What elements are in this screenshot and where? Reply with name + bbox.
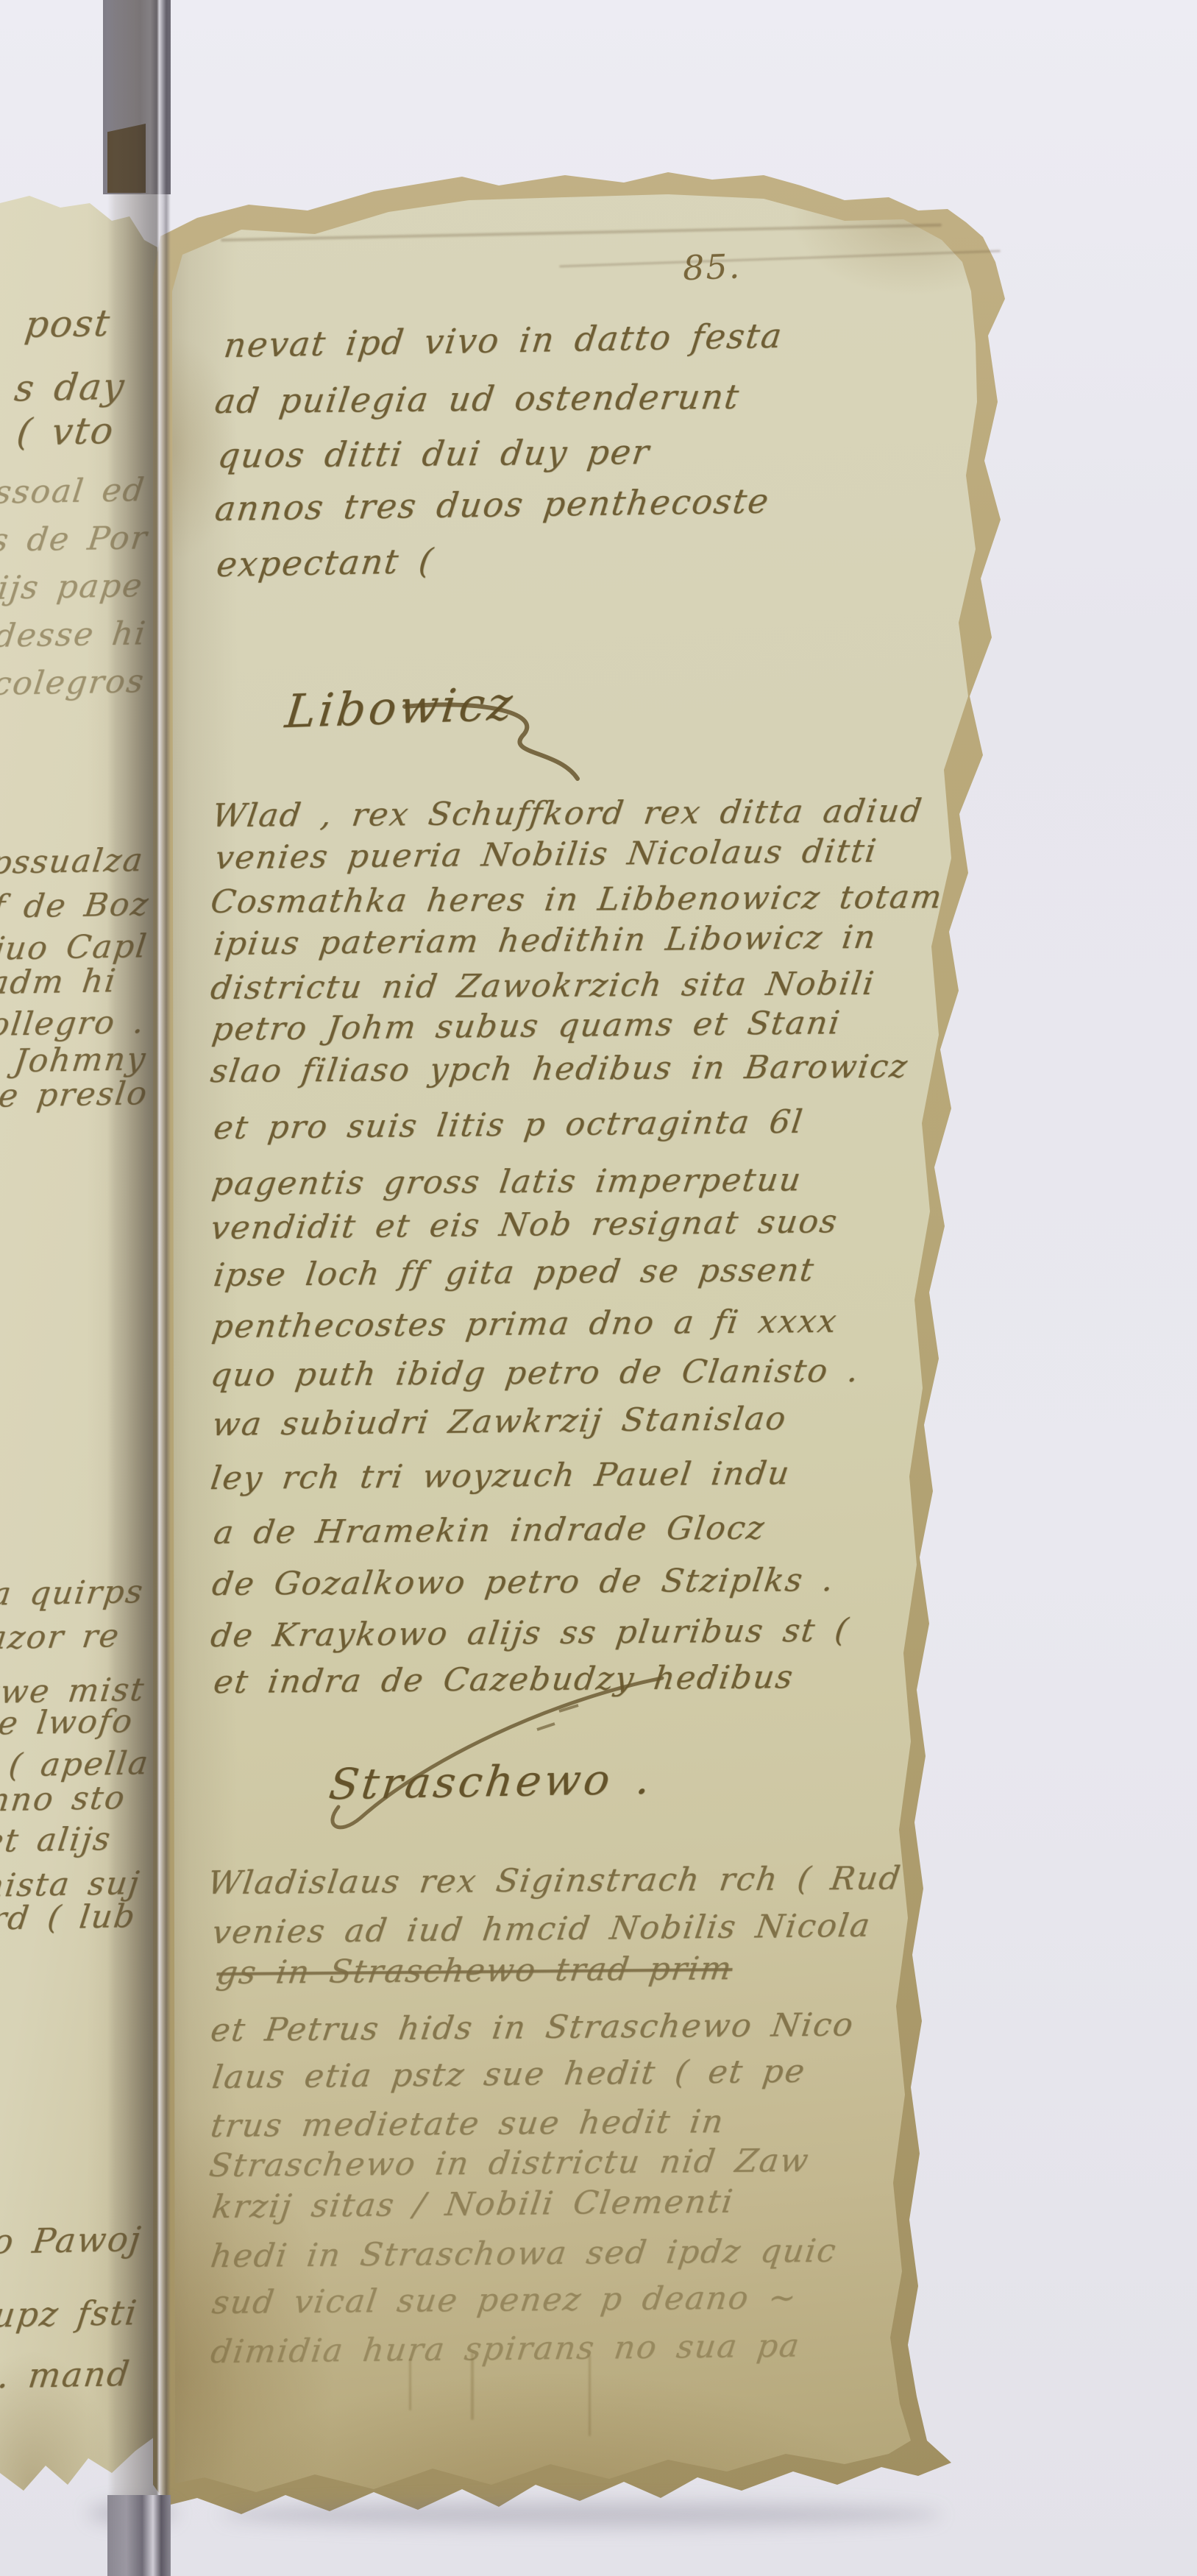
ink-drip (409, 2359, 411, 2410)
manuscript-fragment: et alijs (0, 1820, 113, 1860)
glass-bar-bottom (107, 2495, 171, 2576)
ink-drip (589, 2355, 591, 2436)
page-drop-shadow (221, 2502, 942, 2527)
manuscript-fragment: azor re (0, 1617, 122, 1657)
ink-drip (471, 2352, 474, 2420)
manuscript-fragment: ( vto (15, 409, 117, 453)
glass-bar (107, 0, 171, 2576)
manuscript-fragment: post (23, 302, 113, 346)
manuscript-fragment: r adm hi (0, 962, 119, 1002)
